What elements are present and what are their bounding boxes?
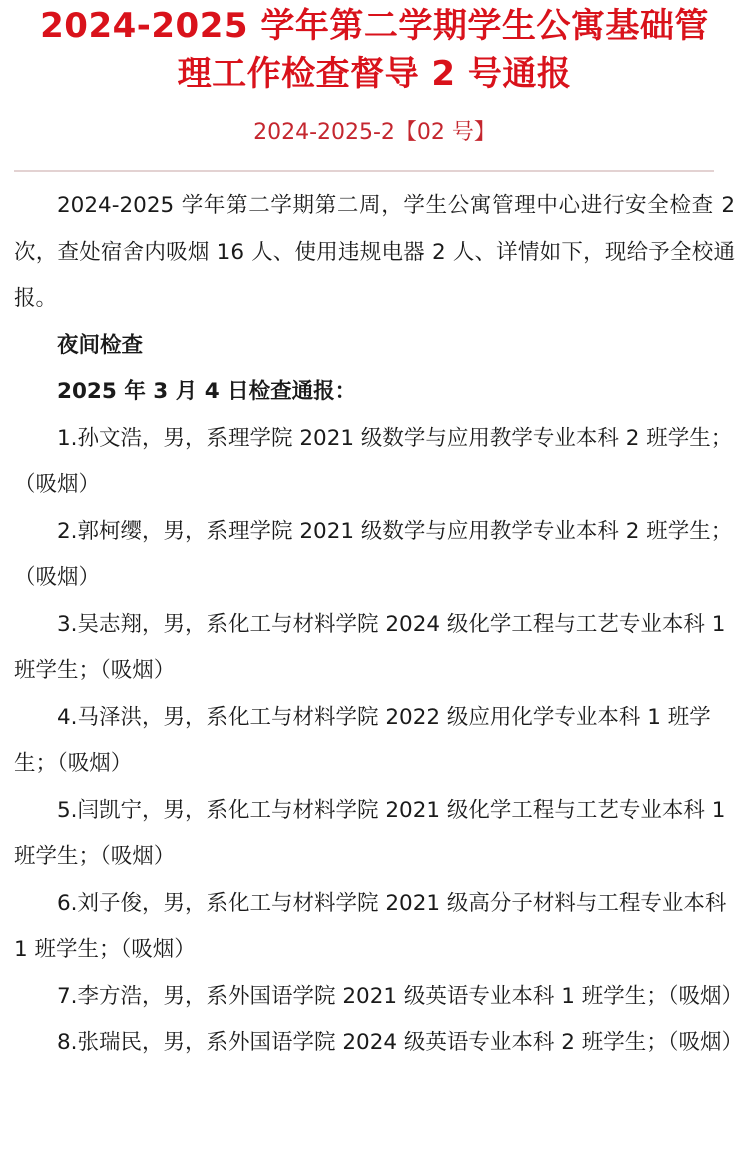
date-heading: 2025 年 3 月 4 日检查通报： xyxy=(14,369,735,416)
divider xyxy=(14,170,714,172)
document-title: 2024-2025 学年第二学期学生公寓基础管 理工作检查督导 2 号通报 xyxy=(0,0,749,98)
section-heading: 夜间检查 xyxy=(14,323,735,370)
violation-item: 5.闫凯宁，男，系化工与材料学院 2021 级化学工程与工艺专业本科 1 班学生… xyxy=(14,788,735,881)
title-line-2: 理工作检查督导 2 号通报 xyxy=(0,50,749,98)
violation-item: 6.刘子俊，男，系化工与材料学院 2021 级高分子材料与工程专业本科 1 班学… xyxy=(14,881,735,974)
document-body: 2024-2025 学年第二学期第二周，学生公寓管理中心进行安全检查 2 次，查… xyxy=(0,183,749,1067)
title-line-1: 2024-2025 学年第二学期学生公寓基础管 xyxy=(0,2,749,50)
violation-item: 8.张瑞民，男，系外国语学院 2024 级英语专业本科 2 班学生；（吸烟） xyxy=(14,1020,735,1067)
violation-item: 2.郭柯缨，男，系理学院 2021 级数学与应用教学专业本科 2 班学生；（吸烟… xyxy=(14,509,735,602)
violation-item: 7.李方浩，男，系外国语学院 2021 级英语专业本科 1 班学生；（吸烟） xyxy=(14,974,735,1021)
violation-item: 4.马泽洪，男，系化工与材料学院 2022 级应用化学专业本科 1 班学生；（吸… xyxy=(14,695,735,788)
document-number: 2024-2025-2【02 号】 xyxy=(0,118,749,148)
intro-paragraph: 2024-2025 学年第二学期第二周，学生公寓管理中心进行安全检查 2 次，查… xyxy=(14,183,735,323)
violation-item: 3.吴志翔，男，系化工与材料学院 2024 级化学工程与工艺专业本科 1 班学生… xyxy=(14,602,735,695)
document: 2024-2025 学年第二学期学生公寓基础管 理工作检查督导 2 号通报 20… xyxy=(0,0,749,1067)
violation-item: 1.孙文浩，男，系理学院 2021 级数学与应用教学专业本科 2 班学生；（吸烟… xyxy=(14,416,735,509)
